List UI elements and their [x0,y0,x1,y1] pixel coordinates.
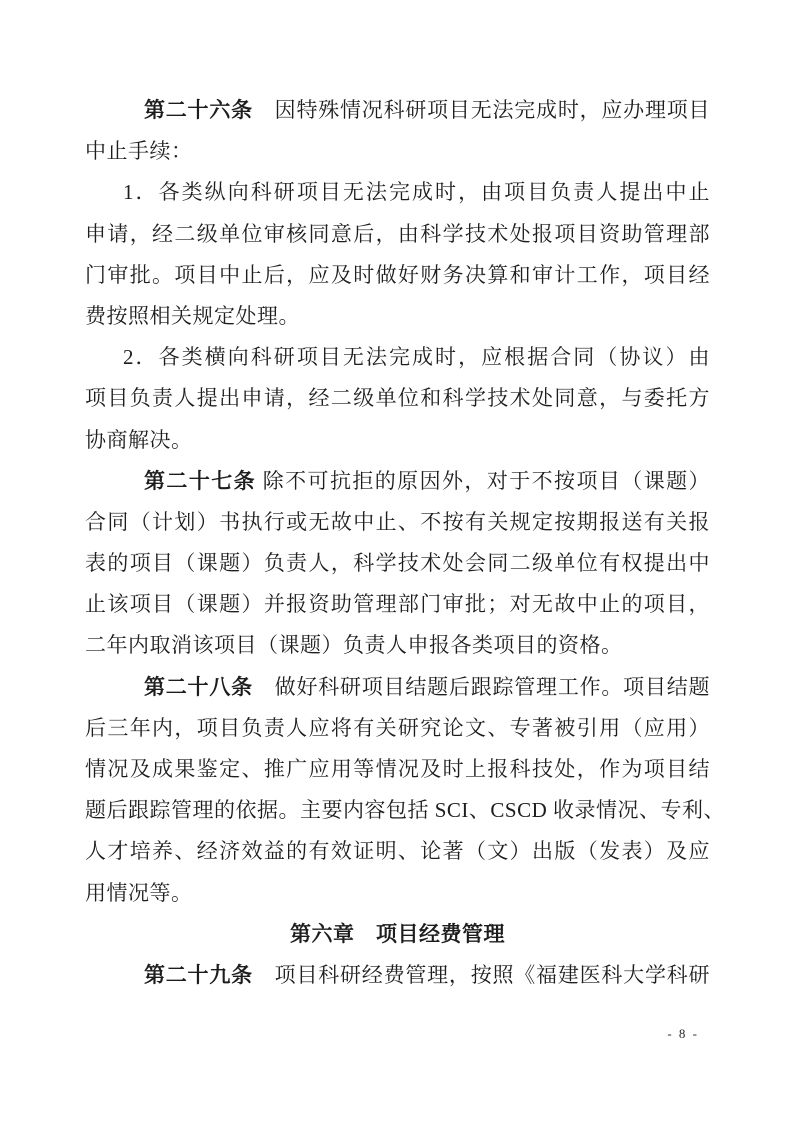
line-text: 人才培养、经济效益的有效证明、论著（文）出版（发表）及应 [85,839,710,863]
doc-line: 申请，经二级单位审核同意后，由科学技术处报项目资助管理部 [85,214,710,255]
doc-line: 合同（计划）书执行或无故中止、不按有关规定按期报送有关报 [85,502,710,543]
doc-line: 后三年内，项目负责人应将有关研究论文、专著被引用（应用） [85,708,710,749]
line-text: 门审批。项目中止后，应及时做好财务决算和审计工作，项目经 [85,263,710,287]
doc-line: 第二十七条 除不可抗拒的原因外，对于不按项目（课题） [85,461,710,502]
doc-line: 1．各类纵向科研项目无法完成时，由项目负责人提出中止 [85,172,710,213]
doc-line: 费按照相关规定处理。 [85,296,710,337]
line-text: 止该项目（课题）并报资助管理部门审批；对无故中止的项目， [85,592,710,616]
line-text: 做好科研项目结题后跟踪管理工作。项目结题 [253,675,710,699]
article-number: 第二十七条 [144,469,256,493]
doc-line: 用情况等。 [85,873,710,914]
line-text: 项目科研经费管理，按照《福建医科大学科研 [253,963,710,987]
doc-line: 情况及成果鉴定、推广应用等情况及时上报科技处，作为项目结 [85,749,710,790]
doc-line: 止该项目（课题）并报资助管理部门审批；对无故中止的项目， [85,584,710,625]
line-text: 2．各类横向科研项目无法完成时，应根据合同（协议）由 [123,345,710,369]
doc-line: 题后跟踪管理的依据。主要内容包括 SCI、CSCD 收录情况、专利、 [85,790,710,831]
doc-line: 2．各类横向科研项目无法完成时，应根据合同（协议）由 [85,337,710,378]
document-body: 第二十六条 因特殊情况科研项目无法完成时，应办理项目 中止手续： 1．各类纵向科… [85,90,710,996]
article-number: 第二十八条 [144,675,253,699]
doc-line: 人才培养、经济效益的有效证明、论著（文）出版（发表）及应 [85,831,710,872]
line-text: 题后跟踪管理的依据。主要内容包括 SCI、CSCD 收录情况、专利、 [85,798,725,822]
doc-line: 表的项目（课题）负责人，科学技术处会同二级单位有权提出中 [85,543,710,584]
line-text: 除不可抗拒的原因外，对于不按项目（课题） [256,469,710,493]
line-text: 表的项目（课题）负责人，科学技术处会同二级单位有权提出中 [85,551,710,575]
line-text: 情况及成果鉴定、推广应用等情况及时上报科技处，作为项目结 [85,757,710,781]
doc-line: 协商解决。 [85,420,710,461]
line-text: 用情况等。 [85,881,193,905]
doc-line: 项目负责人提出申请，经二级单位和科学技术处同意，与委托方 [85,378,710,419]
line-text: 中止手续： [85,139,193,163]
line-text: 二年内取消该项目（课题）负责人申报各类项目的资格。 [85,633,623,657]
doc-line: 中止手续： [85,131,710,172]
line-text: 费按照相关规定处理。 [85,304,300,328]
doc-line: 门审批。项目中止后，应及时做好财务决算和审计工作，项目经 [85,255,710,296]
document-page: 第二十六条 因特殊情况科研项目无法完成时，应办理项目 中止手续： 1．各类纵向科… [0,0,794,1123]
line-text: 项目负责人提出申请，经二级单位和科学技术处同意，与委托方 [85,386,710,410]
doc-line: 第二十八条 做好科研项目结题后跟踪管理工作。项目结题 [85,667,710,708]
line-text: 协商解决。 [85,428,193,452]
chapter-heading: 第六章 项目经费管理 [85,914,710,955]
line-text: 因特殊情况科研项目无法完成时，应办理项目 [253,98,710,122]
article-number: 第二十六条 [144,98,253,122]
doc-line: 第二十九条 项目科研经费管理，按照《福建医科大学科研 [85,955,710,996]
doc-line: 二年内取消该项目（课题）负责人申报各类项目的资格。 [85,625,710,666]
line-text: 1．各类纵向科研项目无法完成时，由项目负责人提出中止 [123,180,710,204]
article-number: 第二十九条 [144,963,253,987]
line-text: 申请，经二级单位审核同意后，由科学技术处报项目资助管理部 [85,222,710,246]
line-text: 后三年内，项目负责人应将有关研究论文、专著被引用（应用） [85,716,710,740]
line-text: 合同（计划）书执行或无故中止、不按有关规定按期报送有关报 [85,510,710,534]
page-number: - 8 - [667,1026,699,1042]
doc-line: 第二十六条 因特殊情况科研项目无法完成时，应办理项目 [85,90,710,131]
